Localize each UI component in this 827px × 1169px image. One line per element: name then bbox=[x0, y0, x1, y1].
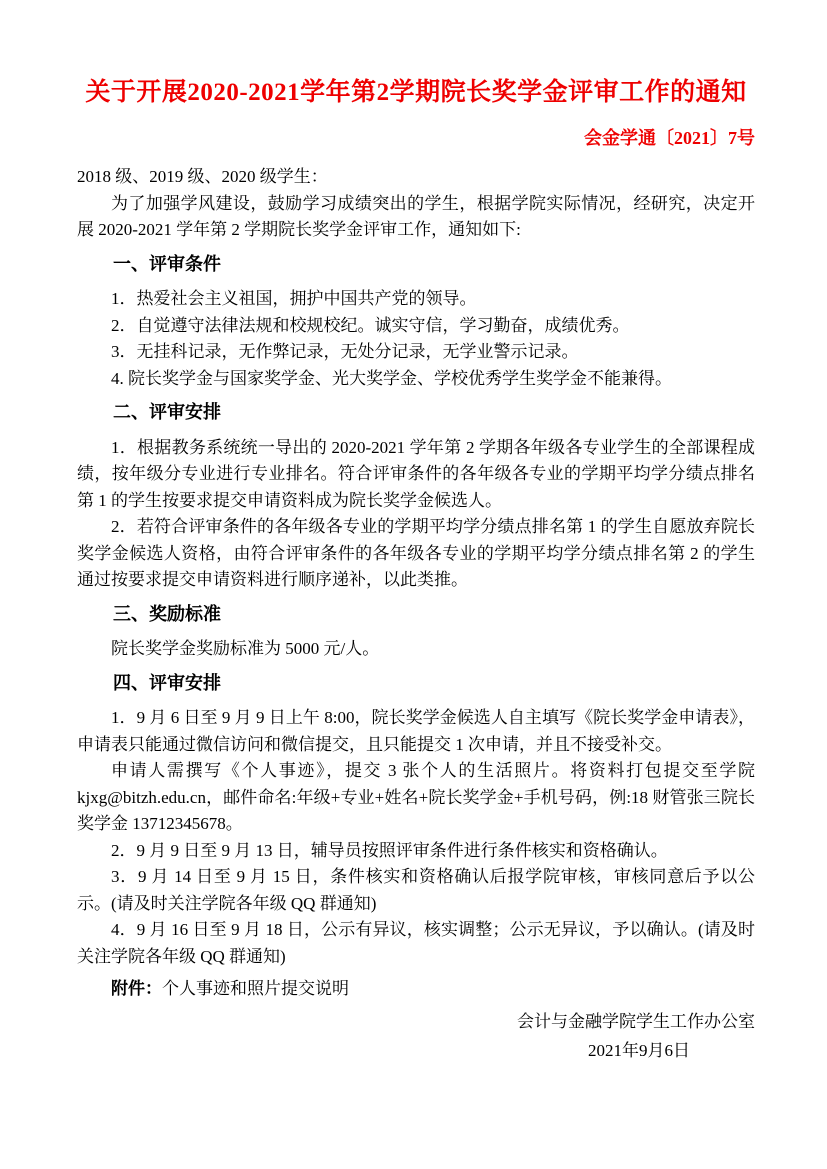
intro-paragraph: 为了加强学风建设，鼓励学习成绩突出的学生，根据学院实际情况，经研究，决定开展 2… bbox=[77, 191, 755, 244]
schedule-item-submission: 申请人需撰写《个人事迹》，提交 3 张个人的生活照片。将资料打包提交至学院 kj… bbox=[77, 758, 755, 838]
condition-item-2: 2．自觉遵守法律法规和校规校纪。诚实守信，学习勤奋，成绩优秀。 bbox=[77, 313, 755, 340]
schedule-item-1: 1．9 月 6 日至 9 月 9 日上午 8:00，院长奖学金候选人自主填写《院… bbox=[77, 705, 755, 758]
signature-date: 2021年9月6日 bbox=[77, 1038, 690, 1065]
signature-office: 会计与金融学院学生工作办公室 bbox=[77, 1009, 755, 1036]
attachment-label: 附件： bbox=[111, 979, 162, 998]
section-heading-review-schedule: 四、评审安排 bbox=[77, 670, 755, 697]
award-standard-text: 院长奖学金奖励标准为 5000 元/人。 bbox=[77, 636, 755, 663]
condition-item-3: 3．无挂科记录，无作弊记录，无处分记录，无学业警示记录。 bbox=[77, 339, 755, 366]
section-heading-award-standard: 三、奖励标准 bbox=[77, 601, 755, 628]
schedule-item-2: 2．9 月 9 日至 9 月 13 日，辅导员按照评审条件进行条件核实和资格确认… bbox=[77, 838, 755, 865]
attachment-text: 个人事迹和照片提交说明 bbox=[162, 979, 349, 998]
arrangement-item-1: 1．根据教务系统统一导出的 2020-2021 学年第 2 学期各年级各专业学生… bbox=[77, 435, 755, 515]
section-heading-review-arrangement: 二、评审安排 bbox=[77, 399, 755, 426]
notice-title: 关于开展2020-2021学年第2学期院长奖学金评审工作的通知 bbox=[77, 76, 755, 110]
arrangement-item-2: 2．若符合评审条件的各年级各专业的学期平均学分绩点排名第 1 的学生自愿放弃院长… bbox=[77, 514, 755, 594]
schedule-item-3: 3．9 月 14 日至 9 月 15 日，条件核实和资格确认后报学院审核，审核同… bbox=[77, 864, 755, 917]
notice-document-page: 关于开展2020-2021学年第2学期院长奖学金评审工作的通知 会金学通〔202… bbox=[0, 0, 827, 1169]
section-heading-review-conditions: 一、评审条件 bbox=[77, 251, 755, 278]
notice-body: 2018 级、2019 级、2020 级学生： 为了加强学风建设，鼓励学习成绩突… bbox=[77, 164, 755, 1065]
document-number: 会金学通〔2021〕7号 bbox=[77, 125, 755, 152]
salutation-line: 2018 级、2019 级、2020 级学生： bbox=[77, 164, 755, 191]
attachment-line: 附件：个人事迹和照片提交说明 bbox=[77, 976, 755, 1003]
condition-item-1: 1．热爱社会主义祖国，拥护中国共产党的领导。 bbox=[77, 286, 755, 313]
schedule-item-4: 4．9 月 16 日至 9 月 18 日，公示有异议，核实调整；公示无异议，予以… bbox=[77, 917, 755, 970]
condition-item-4: 4. 院长奖学金与国家奖学金、光大奖学金、学校优秀学生奖学金不能兼得。 bbox=[77, 366, 755, 393]
